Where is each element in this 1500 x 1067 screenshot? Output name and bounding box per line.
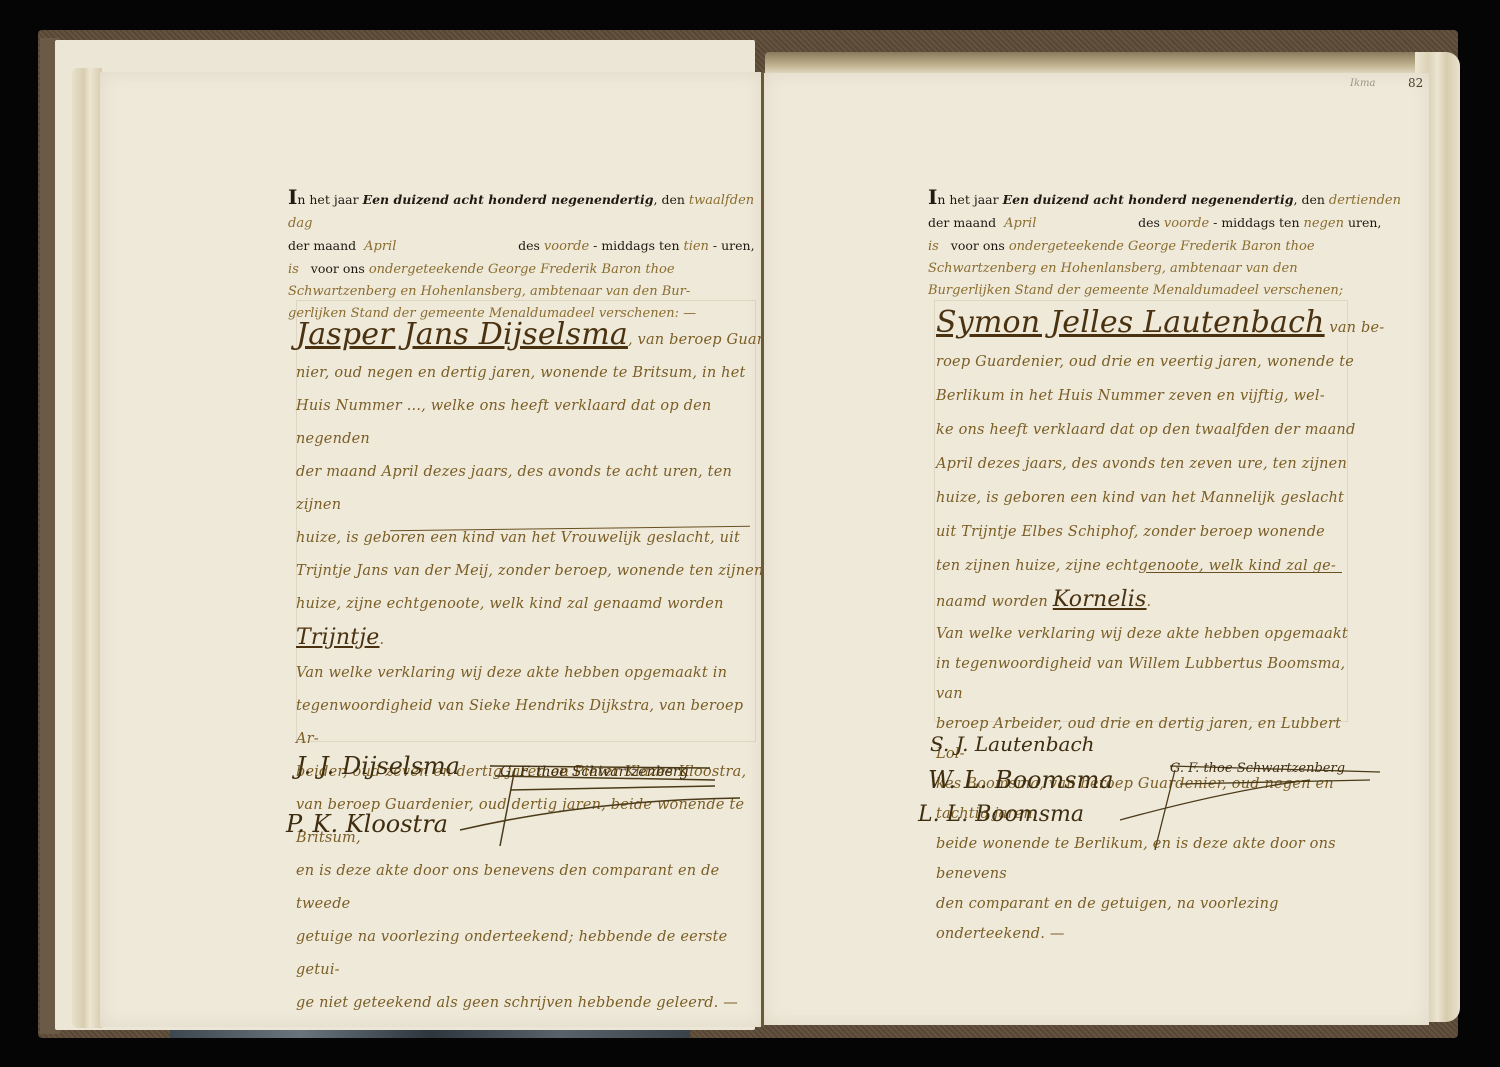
book-gutter [761, 72, 764, 1027]
signature-official: G. F. thoe Schwartzenberg [1170, 761, 1345, 776]
declarant-name: Symon Jelles Lautenbach [936, 305, 1325, 340]
official-signature-flourish: G. F. thoe Schwartzenberg [440, 750, 760, 850]
signature-witness-2: L. L. Boomsma [918, 802, 1084, 827]
child-name-rule [1146, 572, 1342, 573]
right-top-page-edge [765, 52, 1445, 74]
left-page-stack [72, 68, 102, 1028]
right-printed-header: In het jaar Een duizend acht honderd neg… [928, 186, 1408, 302]
declarant-name: Jasper Jans Dijselsma [296, 317, 628, 352]
signature-witness: P. K. Kloostra [286, 810, 448, 838]
header-line-2: der maand April des voorde - middags ten… [928, 212, 1408, 235]
left-printed-header: In het jaar Een duizend acht honderd neg… [288, 186, 758, 325]
signature-witness-1: W. L. Boomsma [928, 766, 1114, 794]
header-line-1: In het jaar Een duizend acht honderd neg… [288, 186, 758, 235]
signature-declarant: S. J. Lautenbach [930, 732, 1095, 756]
folio-number: 82 [1408, 76, 1423, 90]
child-name: Trijntje [296, 625, 380, 650]
child-name: Kornelis [1053, 587, 1147, 612]
signature-official: G. F. thoe Schwartzenberg [500, 764, 689, 780]
pencil-annotation: Ikma [1350, 78, 1375, 89]
header-line-3: is voor ons ondergeteekende George Frede… [928, 235, 1408, 258]
signature-declarant: J. J. Dijselsma [296, 752, 460, 780]
header-line-2: der maand April des voorde - middags ten… [288, 235, 758, 258]
header-line-1: In het jaar Een duizend acht honderd neg… [928, 186, 1408, 212]
official-signature-flourish: G. F. thoe Schwartzenberg [1110, 750, 1410, 860]
left-entry-body: Jasper Jans Dijselsma, van beroep Guarde… [296, 318, 766, 1020]
header-line-3: is voor ons ondergeteekende George Frede… [288, 258, 758, 281]
